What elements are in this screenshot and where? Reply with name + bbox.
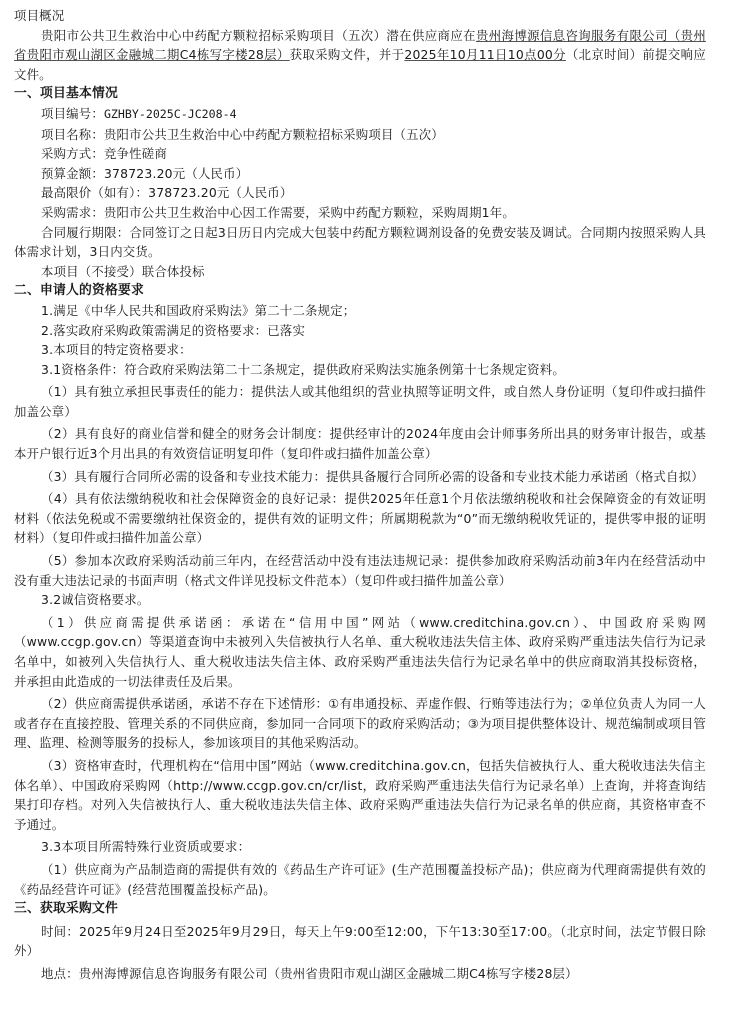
- budget-value: 378723.20元（人民币）: [104, 166, 248, 181]
- condition-item: （5）参加本次政府采购活动前三年内，在经营活动中没有违法违规记录：提供参加政府采…: [14, 551, 706, 590]
- procurement-method-label: 采购方式：: [41, 146, 104, 161]
- project-name: 项目名称：贵阳市公共卫生救治中心中药配方颗粒招标采购项目（五次）: [14, 125, 706, 145]
- integrity-heading: 3.2诚信资格要求。: [14, 590, 706, 610]
- contract-term: 合同履行期限：合同签订之日起3日历日内完成大包装中药配方颗粒调剂设备的免费安装及…: [14, 223, 706, 262]
- budget-label: 预算金额：: [41, 166, 104, 181]
- procurement-method: 采购方式：竞争性磋商: [14, 144, 706, 164]
- procurement-method-value: 竞争性磋商: [104, 146, 167, 161]
- section-3-heading: 三、获取采购文件: [14, 899, 706, 919]
- integrity-item: （1）供应商需提供承诺函：承诺在“信用中国”网站（www.creditchina…: [14, 613, 706, 691]
- procurement-demand: 采购需求：贵阳市公共卫生救治中心因工作需要，采购中药配方颗粒，采购周期1年。: [14, 203, 706, 223]
- section-1-heading: 一、项目基本情况: [14, 84, 706, 104]
- requirement-item: 3.1资格条件：符合政府采购法第二十二条规定，提供政府采购法实施条例第十七条规定…: [14, 360, 706, 380]
- overview-text-prefix: 贵阳市公共卫生救治中心中药配方颗粒招标采购项目（五次）潜在供应商应在: [41, 28, 476, 43]
- integrity-item: （2）供应商需提供承诺函，承诺不存在下述情形：①有串通投标、弄虚作假、行贿等违法…: [14, 694, 706, 753]
- integrity-item: （3）资格审查时，代理机构在“信用中国”网站（www.creditchina.g…: [14, 756, 706, 834]
- procurement-notice-document: 项目概况 贵阳市公共卫生救治中心中药配方颗粒招标采购项目（五次）潜在供应商应在贵…: [0, 0, 730, 984]
- condition-item: （2）具有良好的商业信誉和健全的财务会计制度：提供经审计的2024年度由会计师事…: [14, 424, 706, 463]
- condition-item: （3）具有履行合同所必需的设备和专业技术能力：提供具备履行合同所必需的设备和专业…: [14, 467, 706, 487]
- requirement-item: 2.落实政府采购政策需满足的资格要求：已落实: [14, 321, 706, 341]
- special-item: （1）供应商为产品制造商的需提供有效的《药品生产许可证》(生产范围覆盖投标产品)…: [14, 860, 706, 899]
- section-2-heading: 二、申请人的资格要求: [14, 281, 706, 301]
- project-name-label: 项目名称：: [41, 127, 104, 142]
- project-name-value: 贵阳市公共卫生救治中心中药配方颗粒招标采购项目（五次）: [104, 127, 444, 142]
- project-number-label: 项目编号：: [41, 106, 104, 121]
- overview-title: 项目概况: [14, 6, 706, 26]
- project-number: 项目编号：GZHBY-2025C-JC208-4: [14, 104, 706, 125]
- contract-term-label: 合同履行期限：: [41, 225, 129, 240]
- max-price-value: 378723.20元（人民币）: [148, 185, 292, 200]
- max-price: 最高限价（如有）：378723.20元（人民币）: [14, 183, 706, 203]
- condition-item: （4）具有依法缴纳税收和社会保障资金的良好记录：提供2025年任意1个月依法缴纳…: [14, 489, 706, 548]
- acquisition-place: 地点：贵州海博源信息咨询服务有限公司（贵州省贵阳市观山湖区金融城二期C4栋写字楼…: [14, 964, 706, 984]
- project-number-value: GZHBY-2025C-JC208-4: [104, 107, 237, 121]
- requirement-item: 3.本项目的特定资格要求：: [14, 340, 706, 360]
- consortium-note: 本项目（不接受）联合体投标: [14, 262, 706, 282]
- requirement-item: 1.满足《中华人民共和国政府采购法》第二十二条规定；: [14, 301, 706, 321]
- deadline-link[interactable]: 2025年10月11日10点00分: [404, 47, 566, 62]
- overview-text-mid: 获取采购文件，并于: [290, 47, 405, 62]
- demand-label: 采购需求：: [41, 205, 104, 220]
- demand-value: 贵阳市公共卫生救治中心因工作需要，采购中药配方颗粒，采购周期1年。: [104, 205, 515, 220]
- condition-item: （1）具有独立承担民事责任的能力：提供法人或其他组织的营业执照等证明文件，或自然…: [14, 382, 706, 421]
- max-price-label: 最高限价（如有）：: [41, 185, 148, 200]
- special-heading: 3.3本项目所需特殊行业资质或要求：: [14, 837, 706, 857]
- overview-paragraph: 贵阳市公共卫生救治中心中药配方颗粒招标采购项目（五次）潜在供应商应在贵州海博源信…: [14, 26, 706, 85]
- acquisition-time: 时间：2025年9月24日至2025年9月29日，每天上午9:00至12:00，…: [14, 922, 706, 961]
- budget-amount: 预算金额：378723.20元（人民币）: [14, 164, 706, 184]
